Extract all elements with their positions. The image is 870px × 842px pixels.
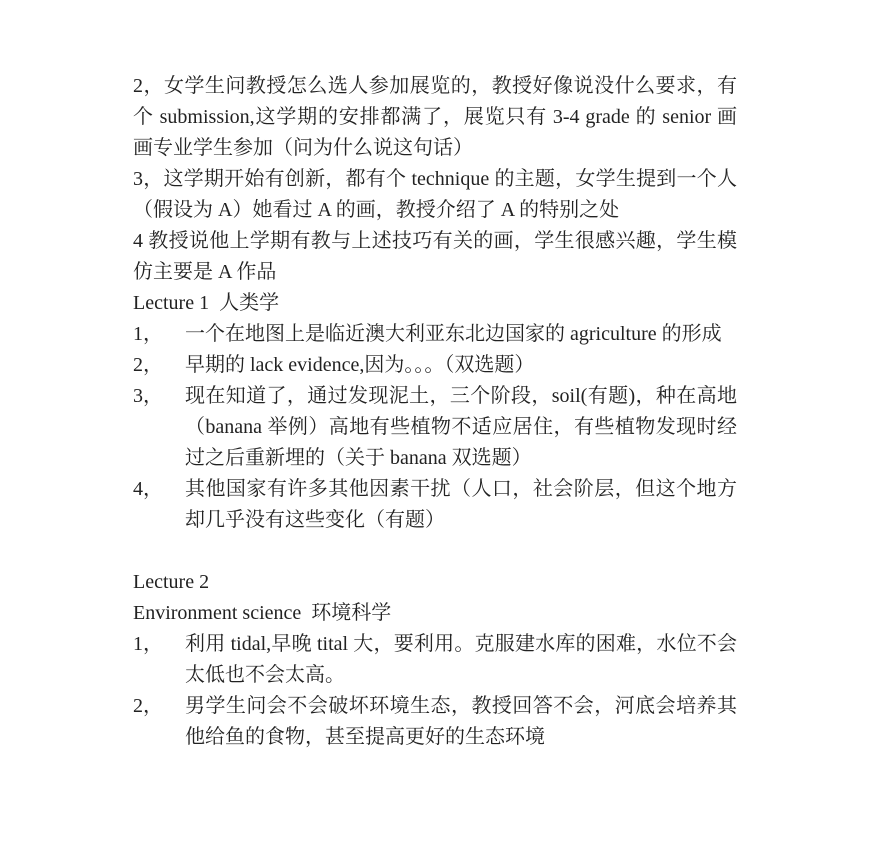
paragraph-line: 个 submission,这学期的安排都满了，展览只有 3-4 grade 的 … <box>133 102 737 133</box>
list-item-text: 早期的 lack evidence,因为。。。（双选题） <box>185 350 737 381</box>
paragraph-text: 画专业学生参加（问为什么说这句话） <box>133 133 737 164</box>
paragraph-text: 3，这学期开始有创新，都有个 technique 的主题，女学生提到一个人 <box>133 164 737 195</box>
paragraph-text: （假设为 A）她看过 A 的画，教授介绍了 A 的特别之处 <box>133 195 737 226</box>
list-marker: 4， <box>133 474 163 505</box>
lecture2-heading-text: Lecture 2 <box>133 567 737 598</box>
lecture2-subheading: Environment science 环境科学 <box>133 598 737 629</box>
list-item-line: 3，现在知道了，通过发现泥土，三个阶段，soil(有题)，种在高地 <box>133 381 737 412</box>
list-item-text: 太低也不会太高。 <box>185 660 737 691</box>
blank-line <box>133 536 737 567</box>
document-page: 2，女学生问教授怎么选人参加展览的，教授好像说没什么要求，有 个 submiss… <box>0 0 870 842</box>
lecture1-heading: Lecture 1 人类学 <box>133 288 737 319</box>
list-marker: 1， <box>133 629 163 660</box>
list-item-line: 2，男学生问会不会破坏环境生态，教授回答不会，河底会培养其 <box>133 691 737 722</box>
lecture1-heading-text: Lecture 1 人类学 <box>133 288 737 319</box>
lecture2-heading: Lecture 2 <box>133 567 737 598</box>
list-marker: 2， <box>133 691 163 722</box>
paragraph-line: 画专业学生参加（问为什么说这句话） <box>133 133 737 164</box>
paragraph-text: 仿主要是 A 作品 <box>133 257 737 288</box>
list-marker: 3， <box>133 381 163 412</box>
list-item-text: 其他国家有许多其他因素干扰（人口，社会阶层，但这个地方 <box>185 474 737 505</box>
list-item-continuation-line: 却几乎没有这些变化（有题） <box>133 505 737 536</box>
list-item-text: 过之后重新埋的（关于 banana 双选题） <box>185 443 737 474</box>
list-item-text: 利用 tidal,早晚 tital 大，要利用。克服建水库的困难，水位不会 <box>185 629 737 660</box>
list-item-line: 1，一个在地图上是临近澳大利亚东北边国家的 agriculture 的形成 <box>133 319 737 350</box>
paragraph-text: 个 submission,这学期的安排都满了，展览只有 3-4 grade 的 … <box>133 102 737 133</box>
paragraph-line: 仿主要是 A 作品 <box>133 257 737 288</box>
lecture2-subheading-text: Environment science 环境科学 <box>133 598 737 629</box>
list-marker: 1， <box>133 319 163 350</box>
list-marker: 2， <box>133 350 163 381</box>
list-item-line: 2，早期的 lack evidence,因为。。。（双选题） <box>133 350 737 381</box>
paragraph-line: 4 教授说他上学期有教与上述技巧有关的画，学生很感兴趣，学生模 <box>133 226 737 257</box>
list-item-continuation-line: 过之后重新埋的（关于 banana 双选题） <box>133 443 737 474</box>
list-item-continuation-line: 他给鱼的食物，甚至提高更好的生态环境 <box>133 722 737 753</box>
list-item-text: 现在知道了，通过发现泥土，三个阶段，soil(有题)，种在高地 <box>185 381 737 412</box>
list-item-text: 却几乎没有这些变化（有题） <box>185 505 737 536</box>
list-item-continuation-line: （banana 举例）高地有些植物不适应居住，有些植物发现时经 <box>133 412 737 443</box>
document-content: 2，女学生问教授怎么选人参加展览的，教授好像说没什么要求，有 个 submiss… <box>133 71 737 753</box>
list-item-text: 一个在地图上是临近澳大利亚东北边国家的 agriculture 的形成 <box>185 319 737 350</box>
list-item-text: （banana 举例）高地有些植物不适应居住，有些植物发现时经 <box>185 412 737 443</box>
paragraph-line: （假设为 A）她看过 A 的画，教授介绍了 A 的特别之处 <box>133 195 737 226</box>
paragraph-line: 3，这学期开始有创新，都有个 technique 的主题，女学生提到一个人 <box>133 164 737 195</box>
list-item-line: 4，其他国家有许多其他因素干扰（人口，社会阶层，但这个地方 <box>133 474 737 505</box>
list-item-text: 他给鱼的食物，甚至提高更好的生态环境 <box>185 722 737 753</box>
paragraph-text: 2，女学生问教授怎么选人参加展览的，教授好像说没什么要求，有 <box>133 71 737 102</box>
paragraph-line: 2，女学生问教授怎么选人参加展览的，教授好像说没什么要求，有 <box>133 71 737 102</box>
list-item-text: 男学生问会不会破坏环境生态，教授回答不会，河底会培养其 <box>185 691 737 722</box>
paragraph-text: 4 教授说他上学期有教与上述技巧有关的画，学生很感兴趣，学生模 <box>133 226 737 257</box>
list-item-line: 1，利用 tidal,早晚 tital 大，要利用。克服建水库的困难，水位不会 <box>133 629 737 660</box>
list-item-continuation-line: 太低也不会太高。 <box>133 660 737 691</box>
